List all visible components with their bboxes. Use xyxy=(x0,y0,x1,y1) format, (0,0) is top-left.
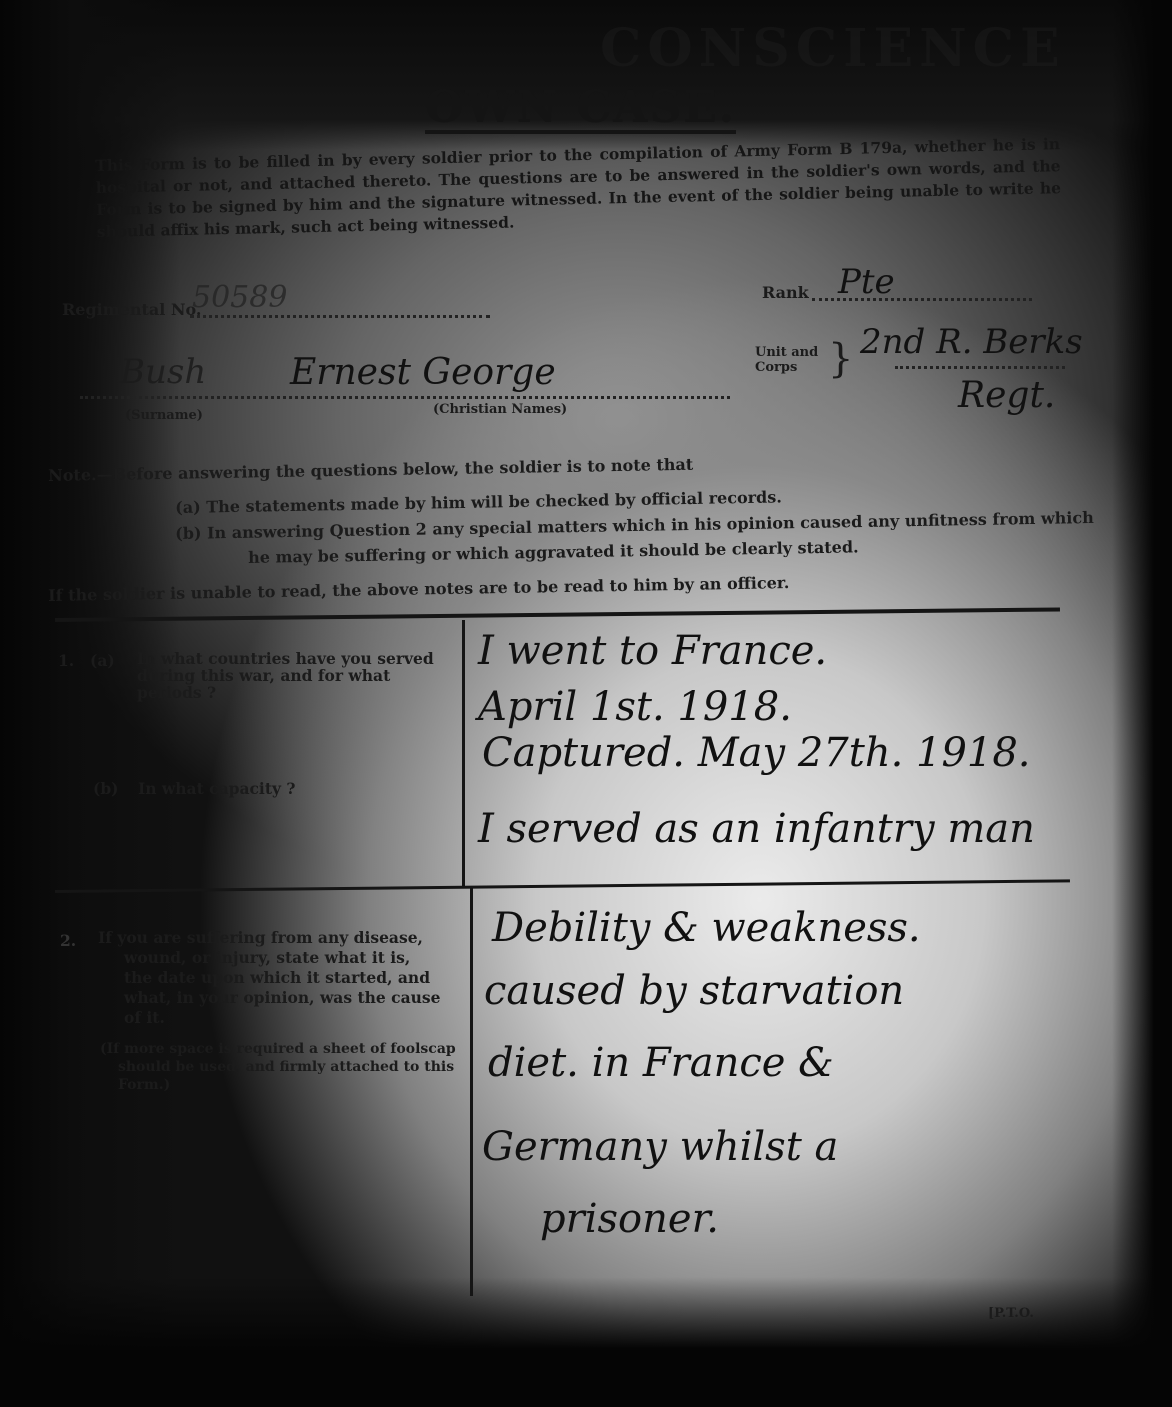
column-divider-lower xyxy=(470,886,473,1296)
unit-corps-label: Unit and Corps xyxy=(755,345,818,375)
q1-part-a-line: periods ? xyxy=(137,684,452,701)
unit-label: Unit and xyxy=(755,345,818,360)
corps-label: Corps xyxy=(755,360,818,375)
scanned-form-page: CONSCIENCE OWN CASE. This Form is to be … xyxy=(0,0,1172,1407)
q1-answer-line: Captured. May 27th. 1918. xyxy=(482,730,1031,776)
q2-number: 2. xyxy=(60,932,76,949)
rank-dotted-line xyxy=(812,298,1032,301)
q2-footnote: (If more space is required a sheet of fo… xyxy=(100,1040,465,1094)
bottom-edge-shadow xyxy=(0,1277,1172,1407)
table-top-rule xyxy=(55,607,1060,622)
q2-text-line: the date upon which it started, and xyxy=(98,968,463,988)
q1-part-b-text: In what capacity ? xyxy=(138,780,295,797)
unit-dotted-line xyxy=(895,366,1065,369)
q1-part-b-marker: (b) xyxy=(93,780,119,797)
q1-answer-line: April 1st. 1918. xyxy=(478,684,792,730)
q1-part-a-marker: (a) xyxy=(90,652,115,669)
q2-footnote-line: should be used, and firmly attached to t… xyxy=(100,1058,465,1076)
row-divider-rule xyxy=(55,879,1070,893)
q1-part-a-line: during this war, and for what xyxy=(137,667,452,684)
pto-marker: [P.T.O. xyxy=(988,1306,1034,1321)
q1-part-a-line: In what countries have you served xyxy=(137,650,452,667)
q2-text-line: wound, or injury, state what it is, xyxy=(98,948,463,968)
form-heading: OWN CASE. xyxy=(425,86,736,134)
note-b-marker: (b) xyxy=(175,524,202,543)
q1-answer-line: I served as an infantry man xyxy=(478,806,1035,852)
regimental-no-value: 50589 xyxy=(192,280,287,315)
name-dotted-line xyxy=(80,396,730,399)
q2-answer-line: caused by starvation xyxy=(484,968,904,1014)
surname-caption: (Surname) xyxy=(125,408,203,423)
rank-value: Pte xyxy=(838,262,895,302)
corps-value: Regt. xyxy=(958,375,1055,416)
note-b-text-line2: he may be suffering or which aggravated … xyxy=(248,537,859,567)
christian-names-value: Ernest George xyxy=(290,352,556,393)
regimental-no-label: Regimental No. xyxy=(62,300,201,319)
christian-names-caption: (Christian Names) xyxy=(433,402,567,417)
q2-text-line: If you are suffering from any disease, xyxy=(98,928,463,948)
q1-part-a-text: In what countries have you served during… xyxy=(137,650,452,701)
right-edge-shadow xyxy=(1112,0,1172,1407)
q1-answer-line: I went to France. xyxy=(478,628,827,674)
note-a: (a) The statements made by him will be c… xyxy=(175,487,782,517)
surname-value: Bush xyxy=(120,352,206,392)
brace: } xyxy=(828,336,853,382)
regimental-no-dotted-line xyxy=(190,315,490,318)
q2-footnote-line: (If more space is required a sheet of fo… xyxy=(100,1040,465,1058)
q2-answer-line: Debility & weakness. xyxy=(492,905,921,951)
heading-top-partial: CONSCIENCE xyxy=(600,18,1066,79)
unit-value: 2nd R. Berks xyxy=(860,322,1083,362)
rank-label: Rank xyxy=(762,283,809,302)
q2-text: If you are suffering from any disease, w… xyxy=(98,928,463,1028)
q2-text-line: of it. xyxy=(98,1008,463,1028)
q1-number: 1. xyxy=(58,652,74,669)
q2-answer-line: prisoner. xyxy=(540,1196,719,1242)
q2-answer-line: diet. in France & xyxy=(488,1040,834,1086)
q2-footnote-line: Form.) xyxy=(100,1076,465,1094)
column-divider-upper xyxy=(462,620,465,888)
q2-answer-line: Germany whilst a xyxy=(482,1124,838,1170)
note-a-text: The statements made by him will be check… xyxy=(206,487,782,516)
q2-text-line: what, in your opinion, was the cause xyxy=(98,988,463,1008)
note-a-marker: (a) xyxy=(175,498,201,517)
